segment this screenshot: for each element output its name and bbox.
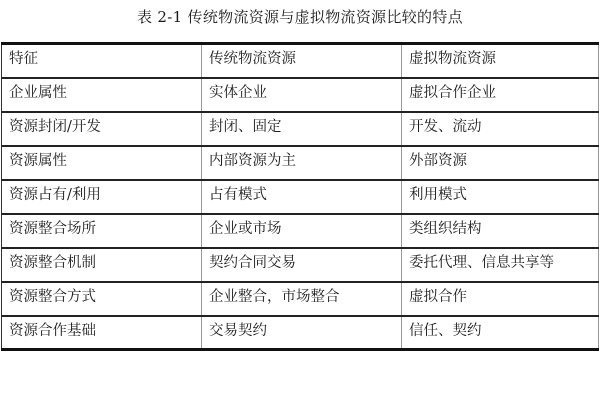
- table-row: 资源属性 内部资源为主 外部资源: [2, 146, 599, 180]
- cell: 企业整合，市场整合: [202, 282, 402, 316]
- table-row: 资源整合场所 企业或市场 类组织结构: [2, 214, 599, 248]
- table-row: 资源封闭/开发 封闭、固定 开发、流动: [2, 112, 599, 146]
- cell: 资源占有/利用: [2, 180, 202, 214]
- cell: 开发、流动: [402, 112, 599, 146]
- cell: 资源整合机制: [2, 248, 202, 282]
- cell: 交易契约: [202, 316, 402, 350]
- cell: 企业或市场: [202, 214, 402, 248]
- comparison-table: 特征 传统物流资源 虚拟物流资源 企业属性 实体企业 虚拟合作企业 资源封闭/开…: [1, 42, 599, 351]
- header-cell-feature: 特征: [2, 44, 202, 78]
- table-row: 资源占有/利用 占有模式 利用模式: [2, 180, 599, 214]
- cell: 信任、契约: [402, 316, 599, 350]
- cell: 外部资源: [402, 146, 599, 180]
- cell: 资源整合方式: [2, 282, 202, 316]
- header-cell-traditional: 传统物流资源: [202, 44, 402, 78]
- table-row: 资源整合方式 企业整合，市场整合 虚拟合作: [2, 282, 599, 316]
- cell: 内部资源为主: [202, 146, 402, 180]
- cell: 企业属性: [2, 78, 202, 112]
- cell: 资源属性: [2, 146, 202, 180]
- cell: 委托代理、信息共享等: [402, 248, 599, 282]
- table-row: 资源合作基础 交易契约 信任、契约: [2, 316, 599, 350]
- cell: 资源封闭/开发: [2, 112, 202, 146]
- cell: 类组织结构: [402, 214, 599, 248]
- header-cell-virtual: 虚拟物流资源: [402, 44, 599, 78]
- table-caption: 表 2-1 传统物流资源与虚拟物流资源比较的特点: [0, 6, 600, 27]
- cell: 实体企业: [202, 78, 402, 112]
- cell: 资源整合场所: [2, 214, 202, 248]
- cell: 契约合同交易: [202, 248, 402, 282]
- cell: 虚拟合作: [402, 282, 599, 316]
- cell: 资源合作基础: [2, 316, 202, 350]
- header-row: 特征 传统物流资源 虚拟物流资源: [2, 44, 599, 78]
- cell: 占有模式: [202, 180, 402, 214]
- table-row: 资源整合机制 契约合同交易 委托代理、信息共享等: [2, 248, 599, 282]
- table-row: 企业属性 实体企业 虚拟合作企业: [2, 78, 599, 112]
- cell: 虚拟合作企业: [402, 78, 599, 112]
- cell: 利用模式: [402, 180, 599, 214]
- cell: 封闭、固定: [202, 112, 402, 146]
